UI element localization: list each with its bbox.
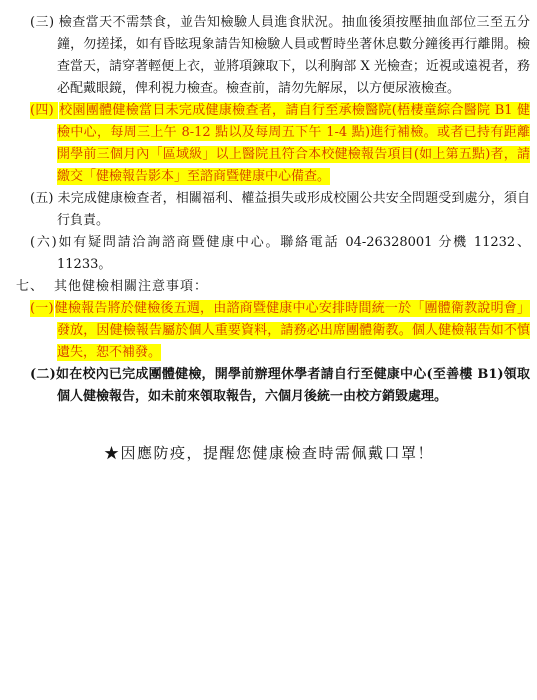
item-five-marker: (五)	[30, 191, 58, 206]
section-seven-title: 其他健檢相關注意事項：	[54, 279, 208, 294]
sub-item-two-marker: (二)	[30, 367, 56, 382]
item-six-text: 如有疑問請洽詢諮商暨健康中心。聯絡電話 04-26328001 分機 11232…	[57, 235, 530, 272]
sub-item-one-marker: (一)	[30, 300, 54, 317]
sub-item-one-highlighted: (一)健檢報告將於健檢後五週，由諮商暨健康中心安排時間統一於「團體衛教說明會」發…	[30, 298, 530, 364]
list-item-five: (五) 未完成健康檢查者，相關福利、權益損失或形成校園公共安全問題受到處分，須自…	[30, 188, 530, 232]
item-three-text: 檢查當天不需禁食，並告知檢驗人員進食狀況。抽血後須按壓抽血部位三至五分鐘，勿搓揉…	[57, 15, 530, 96]
section-seven-heading: 七、其他健檢相關注意事項：	[16, 276, 530, 298]
mask-reminder-note: ★因應防疫，提醒您健康檢查時需佩戴口罩！	[8, 442, 530, 464]
section-seven-marker: 七、	[16, 279, 44, 294]
list-item-six: (六)如有疑問請洽詢諮商暨健康中心。聯絡電話 04-26328001 分機 11…	[30, 232, 530, 276]
item-four-text: 校園團體健檢當日未完成健康檢查者，請自行至承檢醫院(梧棲童綜合醫院 B1 健檢中…	[57, 102, 530, 185]
item-three-marker: (三)	[30, 15, 59, 30]
item-five-text: 未完成健康檢查者，相關福利、權益損失或形成校園公共安全問題受到處分，須自行負責。	[57, 191, 530, 228]
list-item-three: (三) 檢查當天不需禁食，並告知檢驗人員進食狀況。抽血後須按壓抽血部位三至五分鐘…	[30, 12, 530, 100]
sub-item-one-text: 健檢報告將於健檢後五週，由諮商暨健康中心安排時間統一於「團體衛教說明會」發放，因…	[55, 300, 530, 361]
sub-item-two-bold: (二)如在校內已完成團體健檢，開學前辦理休學者請自行至健康中心(至善樓 B1)領…	[30, 364, 530, 408]
document-page: (三) 檢查當天不需禁食，並告知檢驗人員進食狀況。抽血後須按壓抽血部位三至五分鐘…	[0, 0, 537, 700]
item-four-marker: (四)	[30, 102, 58, 119]
item-six-marker: (六)	[30, 235, 57, 250]
list-item-four-highlighted: (四) 校園團體健檢當日未完成健康檢查者，請自行至承檢醫院(梧棲童綜合醫院 B1…	[30, 100, 530, 188]
sub-item-two-text: 如在校內已完成團體健檢，開學前辦理休學者請自行至健康中心(至善樓 B1)領取個人…	[56, 367, 530, 404]
